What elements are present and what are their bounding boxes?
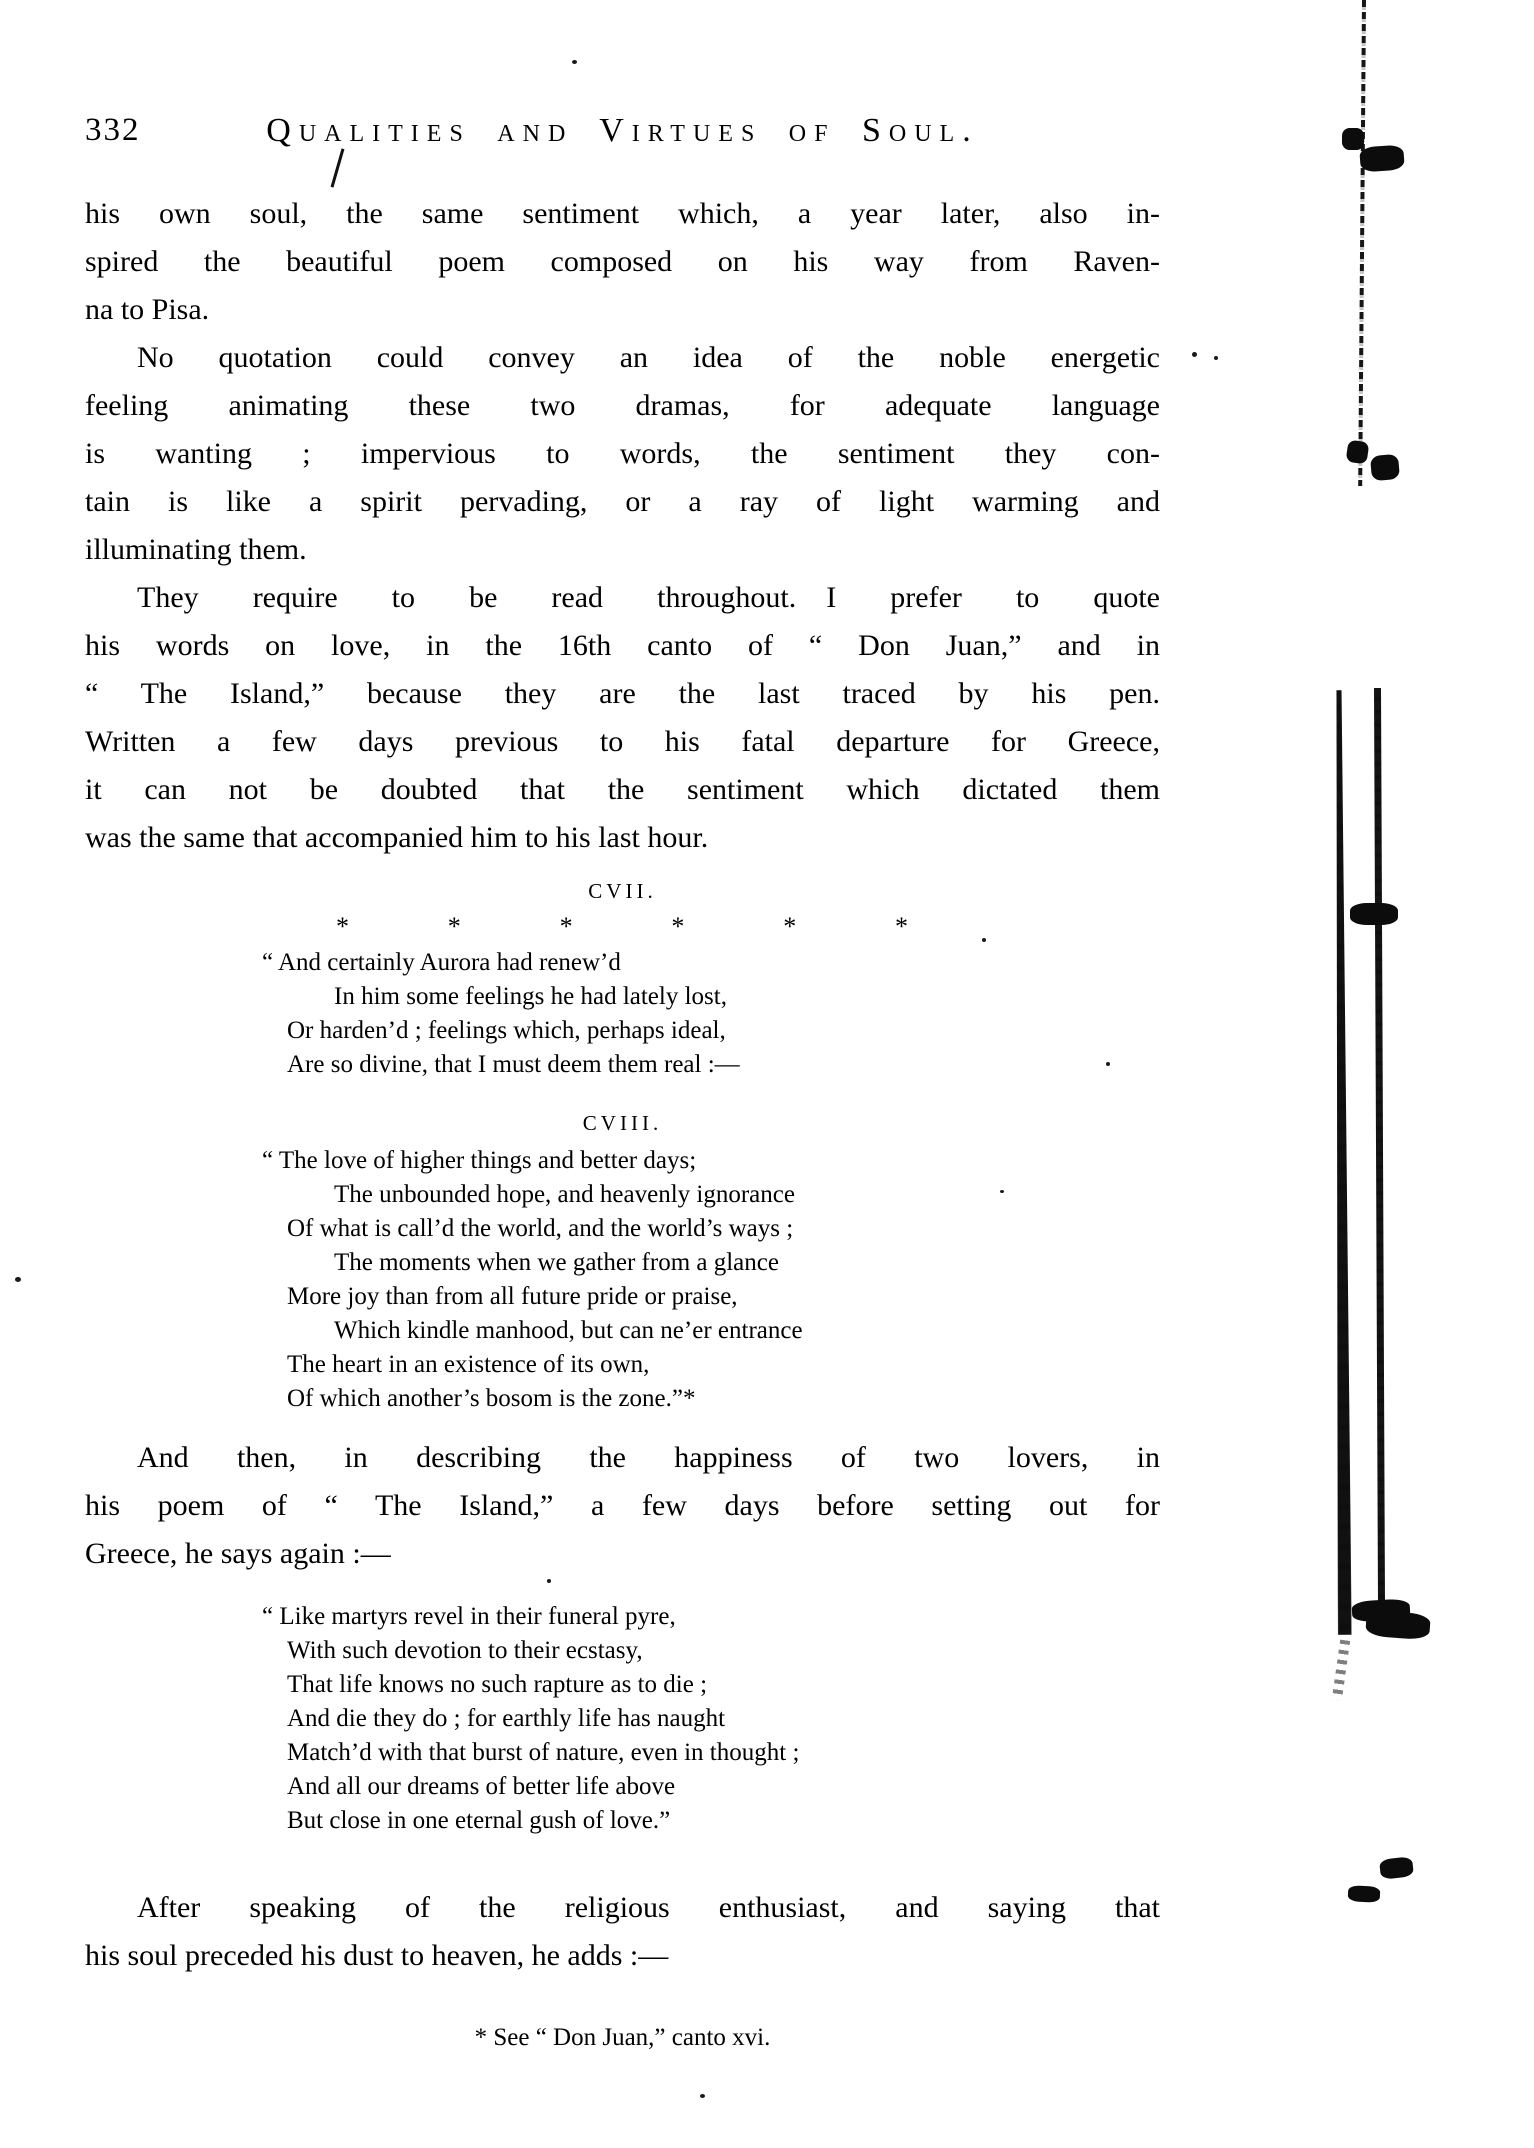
- asterisk: *: [336, 912, 349, 942]
- footnote: * See “ Don Juan,” canto xvi.: [85, 2022, 1160, 2054]
- text-line: After speaking of the religious enthusia…: [85, 1884, 1160, 1932]
- asterisk: *: [560, 912, 573, 942]
- speck: [15, 1277, 21, 1282]
- verse-line: Or harden’d ; feelings which, perhaps id…: [262, 1014, 1160, 1048]
- text-line: feeling animating these two dramas, for …: [85, 382, 1160, 430]
- omission-asterisks: ******: [336, 912, 908, 942]
- verse-line: “ Like martyrs revel in their funeral py…: [262, 1600, 1160, 1634]
- text-line: “ The Island,” because they are the last…: [85, 670, 1160, 718]
- asterisk: *: [783, 912, 796, 942]
- text-line: And then, in describing the happiness of…: [85, 1434, 1160, 1482]
- text-line: illuminating them.: [85, 526, 1160, 574]
- speck: [572, 60, 577, 64]
- book-page: 332 Qualities and Virtues of Soul. his o…: [0, 0, 1534, 2148]
- paragraph: They require to be read throughout. I pr…: [85, 574, 1160, 862]
- page-number: 332: [85, 112, 141, 149]
- verse-line: And all our dreams of better life above: [262, 1770, 1160, 1804]
- speck: [1000, 1190, 1004, 1193]
- paragraph: After speaking of the religious enthusia…: [85, 1884, 1160, 1980]
- ink-blot: [1350, 903, 1398, 925]
- verse-line: Match’d with that burst of nature, even …: [262, 1736, 1160, 1770]
- verse-line: But close in one eternal gush of love.”: [262, 1804, 1160, 1838]
- verse-line: The unbounded hope, and heavenly ignoran…: [262, 1178, 1160, 1212]
- verse-line: That life knows no such rapture as to di…: [262, 1668, 1160, 1702]
- verse-line: Are so divine, that I must deem them rea…: [262, 1048, 1160, 1082]
- verse-line: In him some feelings he had lately lost,: [262, 980, 1160, 1014]
- asterisk: *: [671, 912, 684, 942]
- text-line: was the same that accompanied him to his…: [85, 814, 1160, 862]
- stanza-number: CVIII.: [85, 1108, 1160, 1138]
- verse-line: Of which another’s bosom is the zone.”*: [262, 1382, 1160, 1416]
- verse-line: Which kindle manhood, but can ne’er entr…: [262, 1314, 1160, 1348]
- ink-blot: [1348, 1885, 1381, 1903]
- text-line: his own soul, the same sentiment which, …: [85, 190, 1160, 238]
- ink-blot: [1359, 144, 1405, 172]
- text-column: 332 Qualities and Virtues of Soul. his o…: [85, 112, 1160, 2054]
- text-line: his words on love, in the 16th canto of …: [85, 622, 1160, 670]
- paragraph: his own soul, the same sentiment which, …: [85, 190, 1160, 334]
- ink-smear: [1332, 1640, 1350, 1701]
- binding-line-left: [1332, 690, 1352, 1635]
- verse-stanza: CVII.******“ And certainly Aurora had re…: [262, 876, 1160, 1082]
- speck: [1192, 352, 1197, 357]
- text-line: is wanting ; impervious to words, the se…: [85, 430, 1160, 478]
- ink-blot: [1342, 128, 1364, 150]
- text-line: spired the beautiful poem composed on hi…: [85, 238, 1160, 286]
- verse-stanza: “ Like martyrs revel in their funeral py…: [262, 1600, 1160, 1838]
- speck: [1106, 1062, 1110, 1066]
- verse-stanza: CVIII.“ The love of higher things and be…: [262, 1108, 1160, 1416]
- ink-blot: [1379, 1856, 1414, 1879]
- running-header: 332 Qualities and Virtues of Soul.: [85, 112, 1160, 156]
- ink-blot: [1370, 454, 1400, 481]
- binding-line-top: [1358, 0, 1366, 486]
- text-line: na to Pisa.: [85, 286, 1160, 334]
- verse-line: The moments when we gather from a glance: [262, 1246, 1160, 1280]
- text-line: his soul preceded his dust to heaven, he…: [85, 1932, 1160, 1980]
- speck: [982, 938, 986, 942]
- binding-line-right: [1374, 688, 1385, 1616]
- text-line: tain is like a spirit pervading, or a ra…: [85, 478, 1160, 526]
- speck: [1214, 356, 1218, 360]
- page-content: his own soul, the same sentiment which, …: [85, 190, 1160, 2054]
- ink-blot: [1365, 1610, 1431, 1640]
- verse-line: The heart in an existence of its own,: [262, 1348, 1160, 1382]
- speck: [547, 1579, 551, 1583]
- asterisk: *: [895, 912, 908, 942]
- text-line: it can not be doubted that the sentiment…: [85, 766, 1160, 814]
- running-title: Qualities and Virtues of Soul.: [85, 112, 1160, 150]
- paragraph: And then, in describing the happiness of…: [85, 1434, 1160, 1578]
- verse-line: And die they do ; for earthly life has n…: [262, 1702, 1160, 1736]
- text-line: Written a few days previous to his fatal…: [85, 718, 1160, 766]
- asterisk: *: [448, 912, 461, 942]
- text-line: They require to be read throughout. I pr…: [85, 574, 1160, 622]
- verse-line: Of what is call’d the world, and the wor…: [262, 1212, 1160, 1246]
- text-line: No quotation could convey an idea of the…: [85, 334, 1160, 382]
- ink-blot: [1346, 440, 1370, 465]
- text-line: Greece, he says again :—: [85, 1530, 1160, 1578]
- speck: [700, 2094, 705, 2098]
- verse-line: More joy than from all future pride or p…: [262, 1280, 1160, 1314]
- paragraph: No quotation could convey an idea of the…: [85, 334, 1160, 574]
- stanza-number: CVII.: [85, 876, 1160, 906]
- verse-line: “ And certainly Aurora had renew’d: [262, 946, 1160, 980]
- verse-line: “ The love of higher things and better d…: [262, 1144, 1160, 1178]
- text-line: his poem of “ The Island,” a few days be…: [85, 1482, 1160, 1530]
- verse-line: With such devotion to their ecstasy,: [262, 1634, 1160, 1668]
